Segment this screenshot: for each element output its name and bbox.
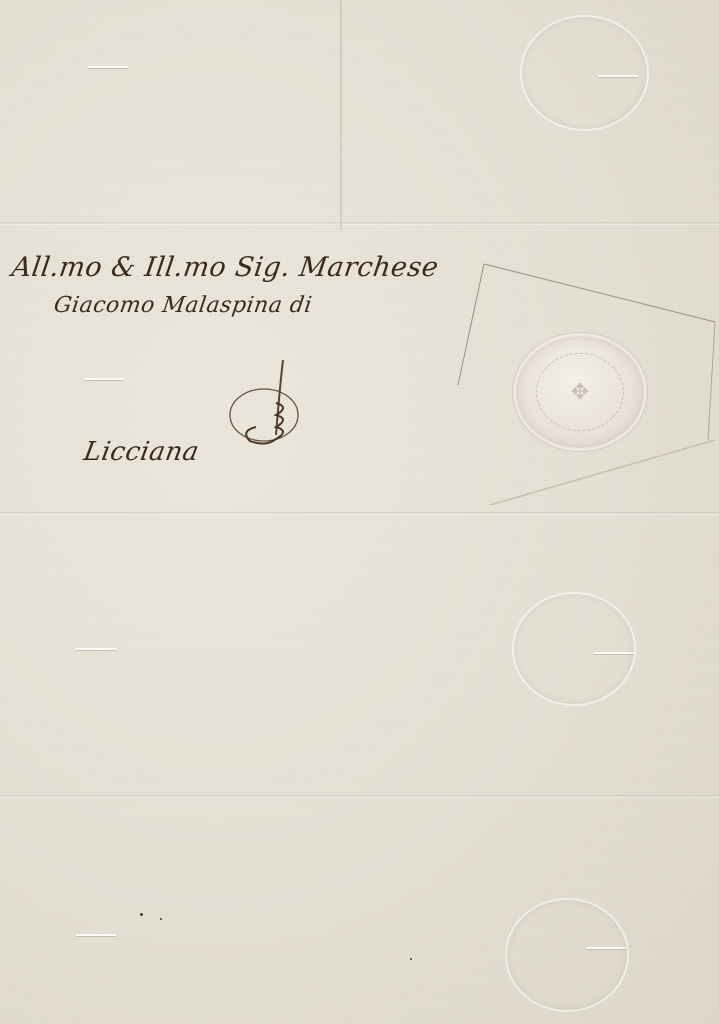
paper-flap-outline (0, 0, 719, 1024)
ink-speck (140, 913, 143, 916)
ink-speck (410, 958, 412, 960)
address-line-2: Giacomo Malaspina di (52, 293, 314, 318)
postal-flourish-mark (228, 355, 308, 470)
address-line-1: All.mo & Ill.mo Sig. Marchese (10, 252, 441, 283)
embossed-seal: ✥ (513, 333, 647, 451)
coat-of-arms-icon: ✥ (536, 353, 624, 431)
address-place: Licciana (81, 437, 201, 467)
ink-speck (160, 918, 162, 920)
letter-sheet: ✥ All.mo & Ill.mo Sig. Marchese Giacomo … (0, 0, 719, 1024)
